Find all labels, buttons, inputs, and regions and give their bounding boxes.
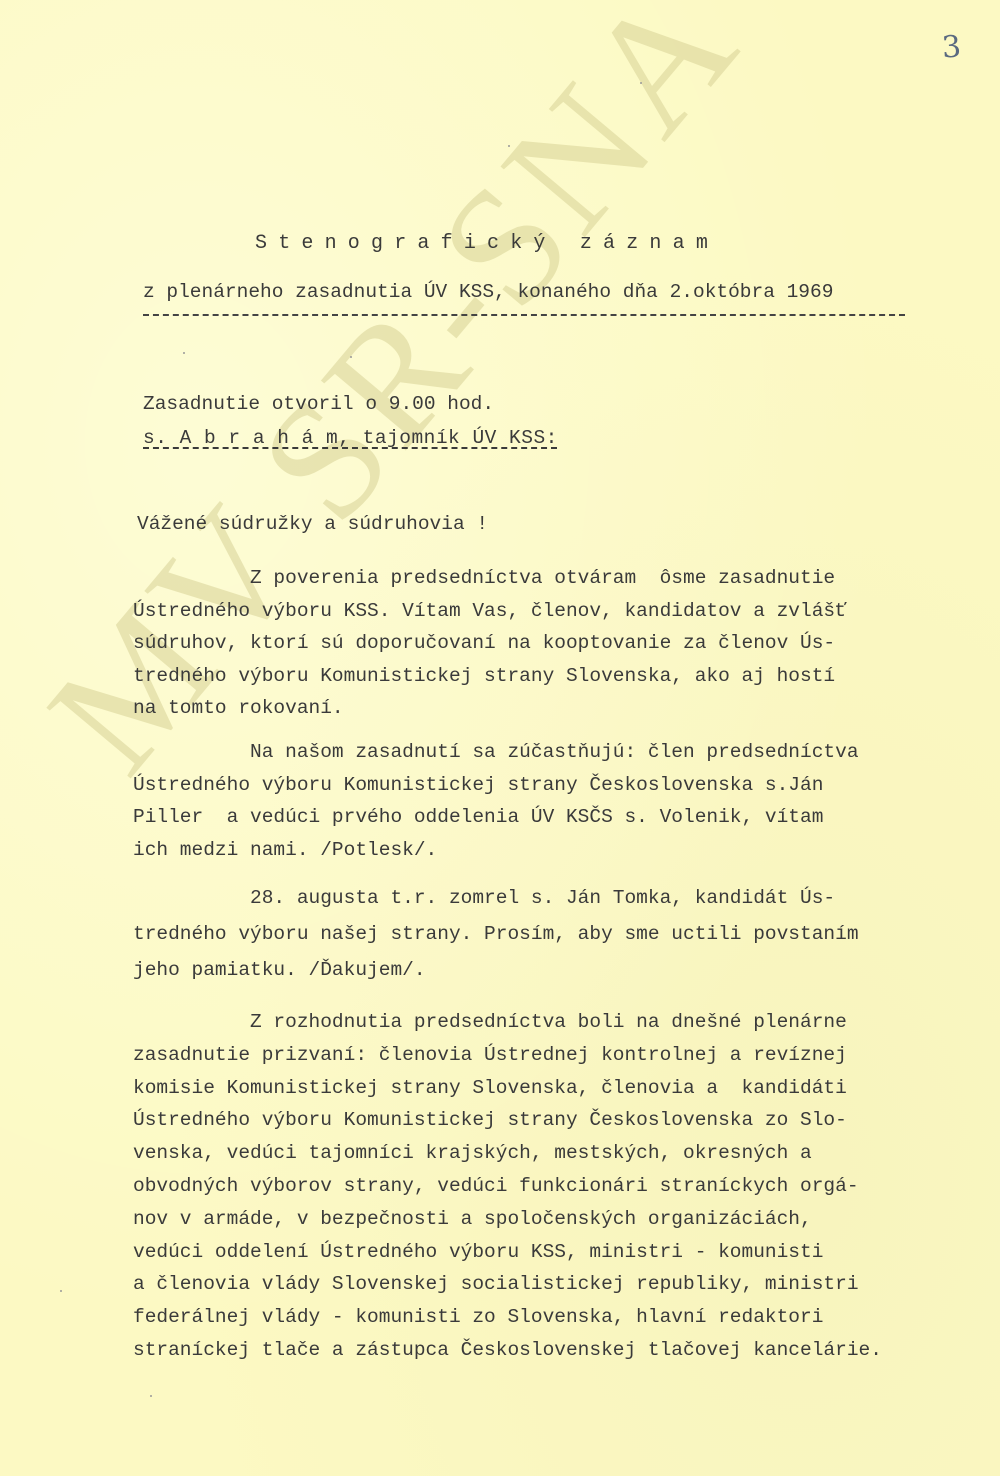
- paper-speck: [60, 1290, 62, 1292]
- dashed-divider: [143, 314, 905, 316]
- paragraph-line: Z rozhodnutia predsedníctva boli na dneš…: [133, 1010, 847, 1034]
- paper-speck: [508, 145, 510, 147]
- paragraph-line: komisie Komunistickej strany Slovenska, …: [133, 1076, 847, 1100]
- paragraph-line: vedúci oddelení Ústredného výboru KSS, m…: [133, 1240, 823, 1264]
- paragraph-line: federálnej vlády - komunisti zo Slovensk…: [133, 1305, 823, 1329]
- speaker-heading: s. A b r a h á m, tajomník ÚV KSS:: [143, 427, 558, 449]
- paragraph-line: tredného výboru našej strany. Prosím, ab…: [133, 922, 859, 946]
- paragraph-line: tredného výboru Komunistickej strany Slo…: [133, 664, 835, 688]
- opening-line: Zasadnutie otvoril o 9.00 hod.: [143, 392, 494, 416]
- paragraph-line: Ústredného výboru KSS. Vítam Vas, členov…: [133, 599, 847, 623]
- paragraph-line: Na našom zasadnutí sa zúčastňujú: člen p…: [133, 740, 859, 764]
- paragraph-line: 28. augusta t.r. zomrel s. Ján Tomka, ka…: [133, 886, 835, 910]
- paragraph-line: Piller a vedúci prvého oddelenia ÚV KSČS…: [133, 805, 823, 829]
- document-subtitle: z plenárneho zasadnutia ÚV KSS, konaného…: [143, 281, 833, 303]
- paper-speck: [183, 352, 185, 354]
- paper-speck: [640, 82, 642, 84]
- paragraph-line: venska, vedúci tajomníci krajských, mest…: [133, 1141, 812, 1165]
- paragraph-line: Z poverenia predsedníctva otváram ôsme z…: [133, 566, 835, 590]
- paragraph-line: ich medzi nami. /Potlesk/.: [133, 838, 437, 862]
- paragraph-line: Ústredného výboru Komunistickej strany Č…: [133, 1108, 847, 1132]
- paragraph-line: a členovia vlády Slovenskej socialistick…: [133, 1272, 859, 1296]
- paragraph-line: nov v armáde, v bezpečnosti a spoločensk…: [133, 1207, 812, 1231]
- paragraph-line: zasadnutie prizvaní: členovia Ústrednej …: [133, 1043, 847, 1067]
- handwritten-page-number: 3: [941, 29, 962, 65]
- paragraph-line: straníckej tlače a zástupca Českoslovens…: [133, 1338, 882, 1362]
- paper-speck: [150, 1395, 152, 1397]
- document-title: Stenografický záznam: [255, 232, 719, 255]
- paragraph-line: jeho pamiatku. /Ďakujem/.: [133, 958, 426, 982]
- paper-speck: [350, 356, 352, 358]
- paragraph-line: Ústredného výboru Komunistickej strany Č…: [133, 773, 823, 797]
- paragraph-line: na tomto rokovaní.: [133, 696, 344, 720]
- paragraph-line: súdruhov, ktorí sú doporučovaní na koopt…: [133, 631, 835, 655]
- paragraph-line: obvodných výborov strany, vedúci funkcio…: [133, 1174, 859, 1198]
- salutation: Vážené súdružky a súdruhovia !: [137, 512, 488, 536]
